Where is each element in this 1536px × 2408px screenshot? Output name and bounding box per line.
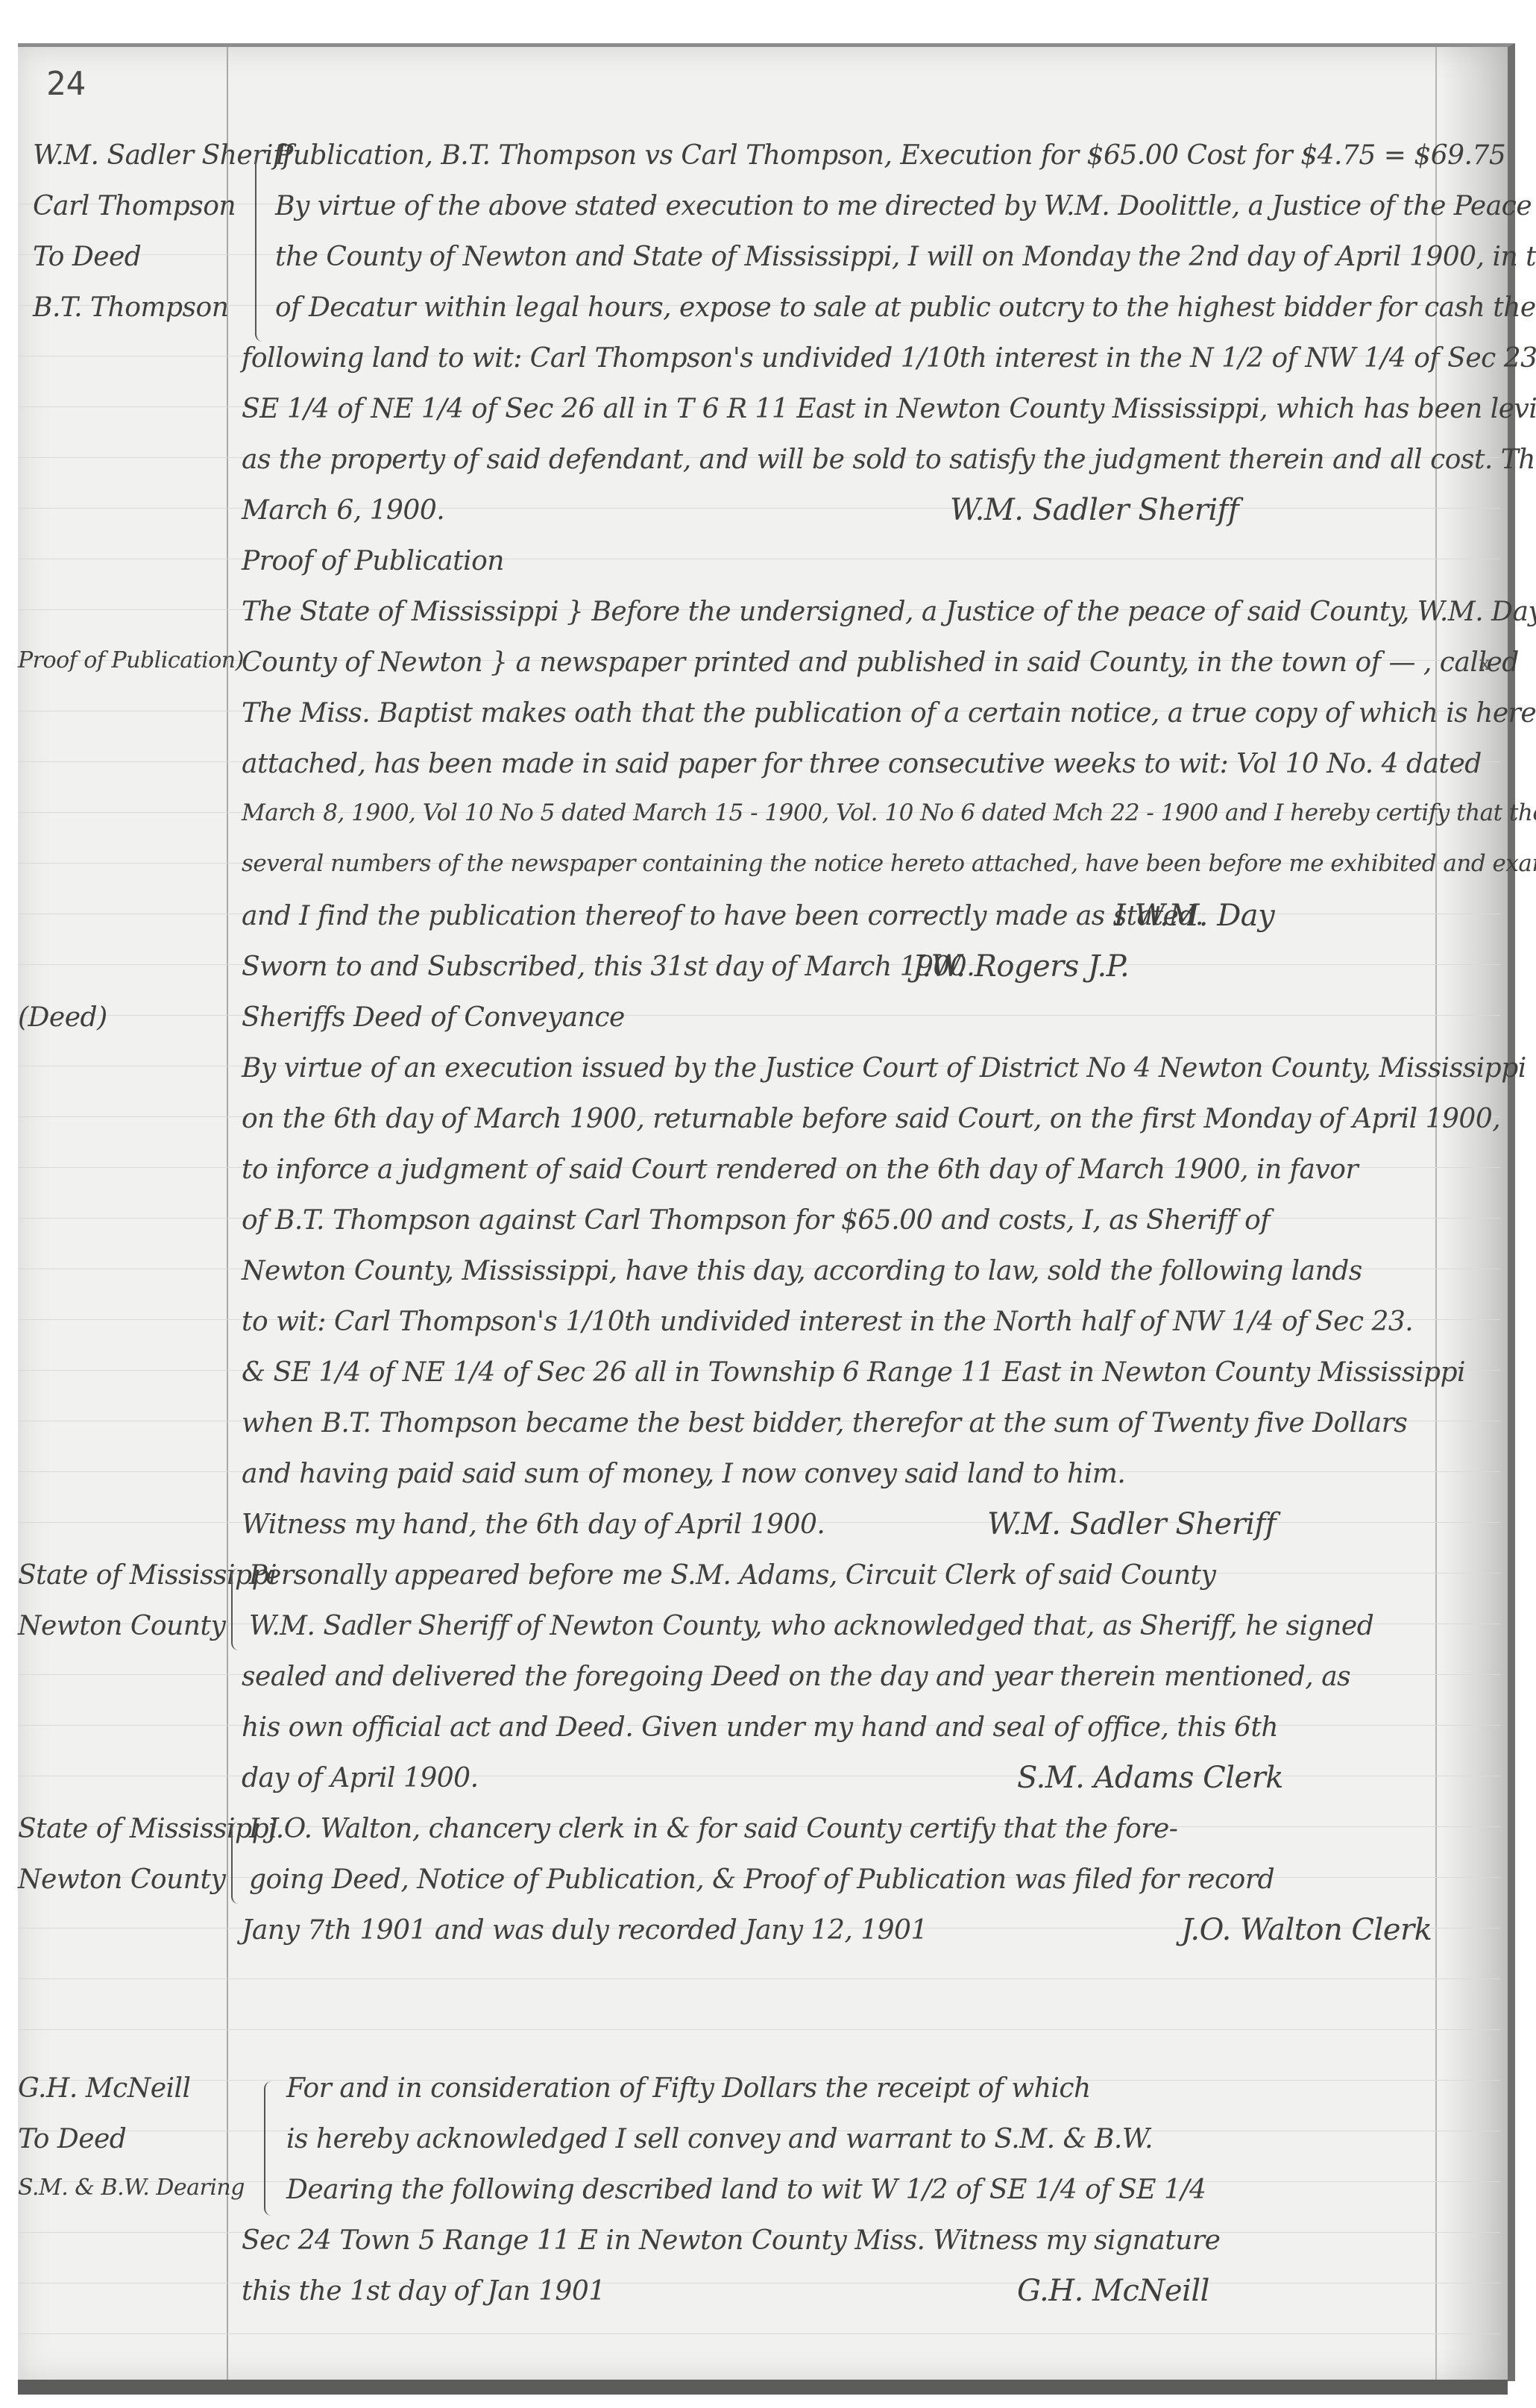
body-line: of B.T. Thompson against Carl Thompson f… <box>242 1205 1270 1236</box>
ruled-line <box>18 559 1500 559</box>
body-line: Sworn to and Subscribed, this 31st day o… <box>242 952 975 982</box>
ledger-page: 24 W.M. Sadler Sheriff Carl Thompson To … <box>18 43 1515 2381</box>
body-line: The State of Mississippi } Before the un… <box>242 597 1536 627</box>
body-line: Personally appeared before me S.M. Adams… <box>249 1560 1215 1591</box>
body-line: when B.T. Thompson became the best bidde… <box>242 1408 1407 1439</box>
body-line: March 6, 1900. <box>242 495 444 526</box>
body-line: as the property of said defendant, and w… <box>242 444 1536 475</box>
body-line: The Miss. Baptist makes oath that the pu… <box>242 698 1536 729</box>
body-line: Jany 7th 1901 and was duly recorded Jany… <box>242 1915 928 1946</box>
body-line: Newton County, Mississippi, have this da… <box>242 1256 1362 1286</box>
margin-party-grantee: S.M. & B.W. Dearing <box>18 2175 245 2201</box>
body-line: attached, has been made in said paper fo… <box>242 749 1482 779</box>
ruled-line <box>18 508 1500 509</box>
body-line: March 8, 1900, Vol 10 No 5 dated March 1… <box>242 799 1536 826</box>
body-line: day of April 1900. <box>242 1763 479 1794</box>
body-line: Sec 24 Town 5 Range 11 E in Newton Count… <box>242 2225 1220 2256</box>
body-line: following land to wit: Carl Thompson's u… <box>242 343 1536 374</box>
ruled-line <box>18 1978 1500 1979</box>
margin-instrument: To Deed <box>18 2124 126 2154</box>
brace-icon <box>264 2081 276 2216</box>
ruled-line <box>18 2029 1500 2030</box>
margin-county: Newton County <box>18 1611 225 1641</box>
body-line: several numbers of the newspaper contain… <box>242 850 1536 877</box>
body-line: SE 1/4 of NE 1/4 of Sec 26 all in T 6 R … <box>242 394 1536 424</box>
body-line: his own official act and Deed. Given und… <box>242 1712 1278 1743</box>
body-line: to wit: Carl Thompson's 1/10th undivided… <box>242 1307 1413 1337</box>
body-line: on the 6th day of March 1900, returnable… <box>242 1104 1500 1134</box>
body-line: sealed and delivered the foregoing Deed … <box>242 1662 1350 1692</box>
margin-party-grantor: G.H. McNeill <box>18 2073 191 2104</box>
body-line: Dearing the following described land to … <box>286 2175 1206 2205</box>
brace-icon <box>255 151 267 342</box>
body-line: For and in consideration of Fifty Dollar… <box>286 2073 1091 2104</box>
brace-icon <box>231 1568 243 1650</box>
signature-sheriff: W.M. Sadler Sheriff <box>950 493 1238 527</box>
x-mark-icon: x <box>1479 653 1491 675</box>
margin-party-defendant: Carl Thompson <box>33 191 236 221</box>
body-line: and I find the publication thereof to ha… <box>242 901 1203 931</box>
body-line: Publication, B.T. Thompson vs Carl Thomp… <box>275 140 1505 171</box>
body-line: is hereby acknowledged I sell convey and… <box>286 2124 1153 2154</box>
body-line: I J.O. Walton, chancery clerk in & for s… <box>249 1814 1177 1844</box>
body-line: By virtue of the above stated execution … <box>275 191 1536 221</box>
body-line: the County of Newton and State of Missis… <box>275 242 1536 272</box>
brace-icon <box>231 1822 243 1904</box>
signature-chancery-clerk: J.O. Walton Clerk <box>1181 1913 1432 1947</box>
body-line: By virtue of an execution issued by the … <box>242 1053 1526 1084</box>
margin-party-grantee: B.T. Thompson <box>33 292 228 323</box>
page-number: 24 <box>46 65 86 103</box>
body-line: & SE 1/4 of NE 1/4 of Sec 26 all in Town… <box>242 1357 1465 1388</box>
ruled-line <box>18 2333 1500 2334</box>
signature-publisher: I W.M. Day <box>1114 899 1274 933</box>
section-heading: Proof of Publication <box>242 546 504 576</box>
ruled-line <box>18 2283 1500 2283</box>
body-line: Witness my hand, the 6th day of April 19… <box>242 1509 825 1540</box>
margin-instrument: To Deed <box>33 242 141 272</box>
margin-county: Newton County <box>18 1864 225 1895</box>
ruled-line <box>18 1015 1500 1016</box>
body-line: W.M. Sadler Sheriff of Newton County, wh… <box>249 1611 1373 1641</box>
margin-note-proof: Proof of Publication) <box>18 647 244 673</box>
body-line: of Decatur within legal hours, expose to… <box>275 292 1536 323</box>
body-line: going Deed, Notice of Publication, & Pro… <box>249 1864 1274 1895</box>
margin-note-deed: (Deed) <box>18 1002 107 1033</box>
body-line: this the 1st day of Jan 1901 <box>242 2276 605 2307</box>
signature-clerk: S.M. Adams Clerk <box>1017 1761 1283 1795</box>
left-margin-rule <box>227 47 228 2381</box>
section-heading: Sheriffs Deed of Conveyance <box>242 1002 625 1033</box>
body-line: to inforce a judgment of said Court rend… <box>242 1154 1358 1185</box>
margin-party-grantor: W.M. Sadler Sheriff <box>33 140 292 171</box>
signature-sheriff: W.M. Sadler Sheriff <box>987 1507 1276 1541</box>
body-line: and having paid said sum of money, I now… <box>242 1459 1125 1489</box>
body-line: County of Newton } a newspaper printed a… <box>242 647 1519 678</box>
signature-grantor: G.H. McNeill <box>1017 2274 1209 2308</box>
signature-justice: J.W. Rogers J.P. <box>913 949 1129 984</box>
